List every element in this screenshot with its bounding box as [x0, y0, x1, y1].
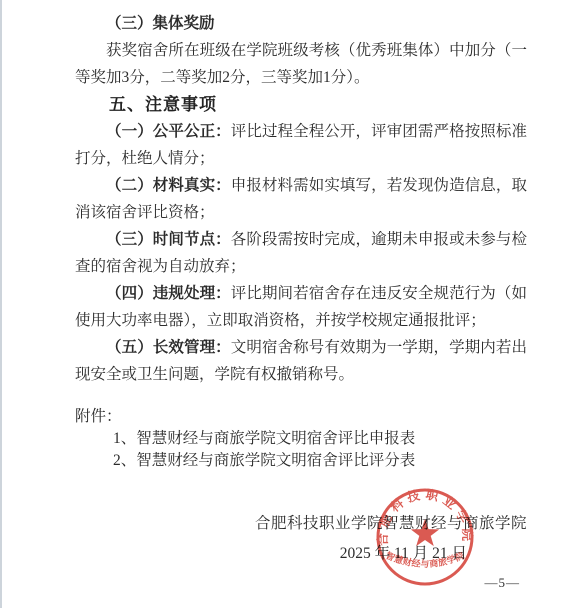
document-content: （三）集体奖励 获奖宿舍所在班级在学院班级考核（优秀班集体）中加分（一等奖加3分… — [0, 0, 587, 567]
signature-block: 合肥科技职业学院智慧财经与商旅学院 2025 年 11 月 21 日 — [75, 510, 527, 567]
collective-award-heading-label: （三）集体奖励 — [106, 15, 215, 32]
note-time-node: （三）时间节点：各阶段需按时完成，逾期未申报或未参与检查的宿舍视为自动放弃； — [75, 226, 527, 280]
note-violation-label: （四）违规处理： — [106, 285, 231, 302]
signature-date: 2025 年 11 月 21 日 — [75, 540, 467, 567]
collective-award-paragraph: 获奖宿舍所在班级在学院班级考核（优秀班集体）中加分（一等奖加3分，二等奖加2分，… — [75, 37, 527, 91]
document-page: （三）集体奖励 获奖宿舍所在班级在学院班级考核（优秀班集体）中加分（一等奖加3分… — [0, 0, 587, 608]
attachments-label: 附件： — [75, 406, 527, 428]
attachments-section: 附件： 1、智慧财经与商旅学院文明宿舍评比申报表 2、智慧财经与商旅学院文明宿舍… — [75, 406, 527, 472]
note-violation: （四）违规处理：评比期间若宿舍存在违反安全规范行为（如使用大功率电器），立即取消… — [75, 280, 527, 334]
note-fairness-label: （一）公平公正： — [106, 123, 231, 140]
note-long-term: （五）长效管理：文明宿舍称号有效期为一学期，学期内若出现安全或卫生问题，学院有权… — [75, 334, 527, 388]
note-time-node-label: （三）时间节点： — [106, 231, 231, 248]
attachment-item-1: 1、智慧财经与商旅学院文明宿舍评比申报表 — [75, 428, 527, 450]
note-long-term-label: （五）长效管理： — [106, 339, 231, 356]
notes-section-heading: 五、注意事项 — [75, 91, 527, 118]
attachment-item-2: 2、智慧财经与商旅学院文明宿舍评比评分表 — [75, 450, 527, 472]
note-material-truth: （二）材料真实：申报材料需如实填写，若发现伪造信息，取消该宿舍评比资格； — [75, 172, 527, 226]
note-fairness: （一）公平公正：评比过程全程公开，评审团需严格按照标准打分，杜绝人情分； — [75, 118, 527, 172]
note-material-truth-label: （二）材料真实： — [106, 177, 231, 194]
page-number: —5— — [485, 576, 521, 590]
signature-organization: 合肥科技职业学院智慧财经与商旅学院 — [75, 510, 527, 537]
collective-award-heading: （三）集体奖励 — [75, 10, 527, 37]
